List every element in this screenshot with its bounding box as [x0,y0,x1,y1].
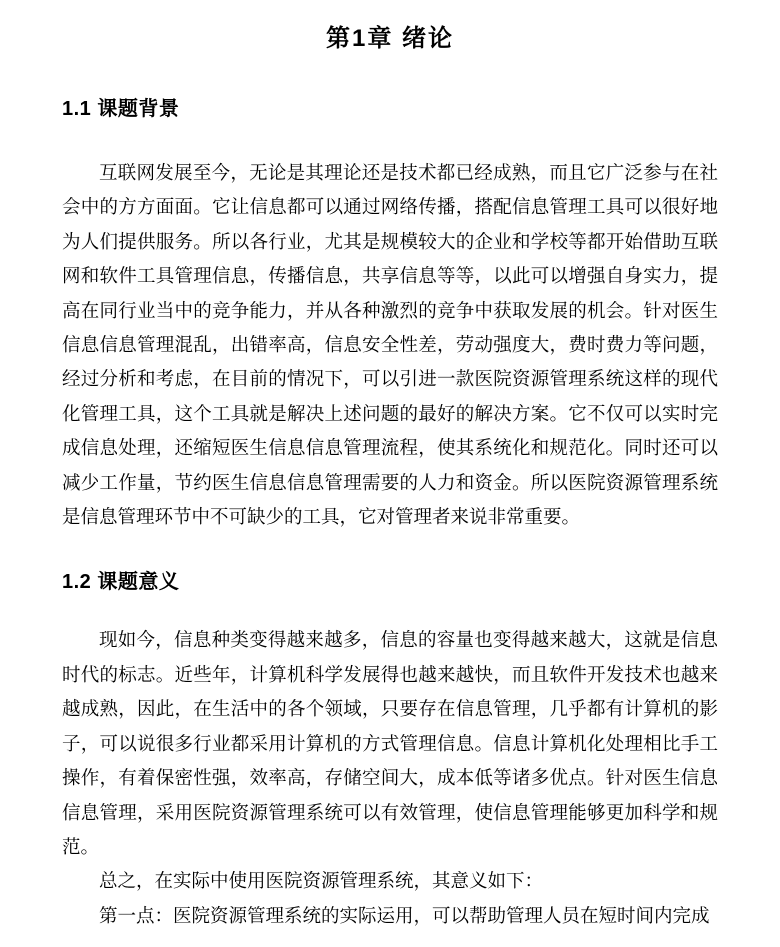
body-paragraph: 互联网发展至今，无论是其理论还是技术都已经成熟，而且它广泛参与在社会中的方方面面… [62,157,718,535]
body-paragraph: 总之，在实际中使用医院资源管理系统，其意义如下： [62,865,718,899]
chapter-title: 第1章 绪论 [62,24,718,54]
section-heading-1-2: 1.2 课题意义 [62,569,718,595]
body-paragraph: 现如今，信息种类变得越来越多，信息的容量也变得越来越大，这就是信息时代的标志。近… [62,624,718,865]
body-paragraph: 第一点：医院资源管理系统的实际运用，可以帮助管理人员在短时间内完成 [62,900,718,934]
document-page: 第1章 绪论 1.1 课题背景 互联网发展至今，无论是其理论还是技术都已经成熟，… [0,0,780,947]
section-heading-1-1: 1.1 课题背景 [62,96,718,122]
